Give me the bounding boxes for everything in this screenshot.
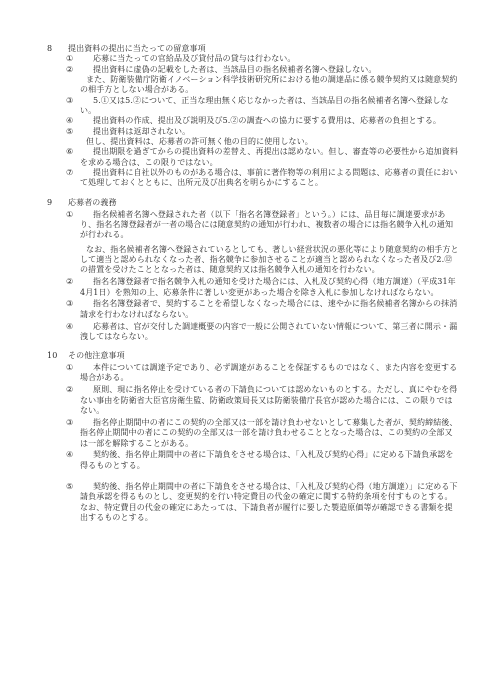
item-marker: ② <box>66 65 73 75</box>
item-marker: ⑤ <box>66 127 73 137</box>
list-item: ①応募に当たっての官給品及び貸付品の貸与は行わない。 <box>66 54 459 64</box>
item-paragraph: 但し、提出資料は、応募者の許可無く他の目的に使用しない。 <box>80 137 459 147</box>
item-paragraph: 契約後、指名停止期間中の者に下請負をさせる場合は、「入札及び契約心得」に定める下… <box>80 450 459 471</box>
item-paragraph: 提出期限を過ぎてからの提出資料の差替え、再提出は認めない。但し、審査等の必要性か… <box>80 147 459 168</box>
item-marker: ④ <box>66 116 73 126</box>
section-items: ①指名候補者名簿へ登録された者（以下「指名名簿登録者」という。）には、品目毎に調… <box>66 210 459 343</box>
item-paragraph: 応募者は、官が交付した調達概要の内容で一般に公開されていない情報について、第三者… <box>80 322 459 343</box>
section-title: 提出資料の提出に当たっての留意事項 <box>68 44 459 54</box>
list-item: ③指名停止期間中の者にこの契約の全部又は一部を請け負わせないとして募集した者が、… <box>66 418 459 449</box>
section-10: 10その他注意事項①本件については調達予定であり、必ず調達があることを保証するも… <box>47 351 459 523</box>
section-heading: 8提出資料の提出に当たっての留意事項 <box>47 44 459 54</box>
list-item: ⑤提出資料は返却されない。但し、提出資料は、応募者の許可無く他の目的に使用しない… <box>66 127 459 148</box>
list-item: ⑥提出期限を過ぎてからの提出資料の差替え、再提出は認めない。但し、審査等の必要性… <box>66 147 459 168</box>
item-marker: ③ <box>66 418 73 428</box>
item-marker: ⑥ <box>66 147 73 157</box>
list-item: ③指名名簿登録者で、契約することを希望しなくなった場合には、速やかに指名候補者名… <box>66 299 459 320</box>
item-marker: ① <box>66 363 73 373</box>
list-item: ②原則、現に指名停止を受けている者の下請負については認めないものとする。ただし、… <box>66 385 459 416</box>
item-paragraph: 5.①又は5.②について、正当な理由無く応じなかった者は、当該品目の指名候補者名… <box>80 96 459 117</box>
section-heading: 9応募者の義務 <box>47 198 459 208</box>
section-items: ①応募に当たっての官給品及び貸付品の貸与は行わない。②提出資料に虚偽の記載をした… <box>66 54 459 188</box>
list-item: ④提出資料の作成、提出及び説明及び5.②の調査への協力に要する費用は、応募者の負… <box>66 116 459 126</box>
item-marker: ② <box>66 385 73 395</box>
section-title: 応募者の義務 <box>68 198 459 208</box>
item-marker: ② <box>66 277 73 287</box>
item-paragraph: 提出資料に自社以外のものがある場合は、事前に著作物等の利用による問題は、応募者の… <box>80 168 459 189</box>
item-paragraph: 指名名簿登録者で、契約することを希望しなくなった場合には、速やかに指名候補者名簿… <box>80 299 459 320</box>
item-marker: ⑤ <box>66 482 73 492</box>
item-paragraph: 指名停止期間中の者にこの契約の全部又は一部を請け負わせないとして募集した者が、契… <box>80 418 459 449</box>
document-content: 8提出資料の提出に当たっての留意事項①応募に当たっての官給品及び貸付品の貸与は行… <box>47 44 459 532</box>
section-items: ①本件については調達予定であり、必ず調達があることを保証するものではなく、また内… <box>66 363 459 523</box>
item-marker: ① <box>66 54 73 64</box>
item-paragraph: 提出資料の作成、提出及び説明及び5.②の調査への協力に要する費用は、応募者の負担… <box>80 116 459 126</box>
list-item: ③5.①又は5.②について、正当な理由無く応じなかった者は、当該品目の指名候補者… <box>66 96 459 117</box>
section-heading: 10その他注意事項 <box>47 351 459 361</box>
item-paragraph: 契約後、指名停止期間中の者に下請負をさせる場合は、「入札及び契約心得（地方調達）… <box>80 482 459 523</box>
list-item: ②提出資料に虚偽の記載をした者は、当該品目の指名候補者名簿へ登録しない。また、防… <box>66 65 459 96</box>
item-marker: ③ <box>66 299 73 309</box>
item-marker: ③ <box>66 96 73 106</box>
item-paragraph: 提出資料に虚偽の記載をした者は、当該品目の指名候補者名簿へ登録しない。 <box>80 65 459 75</box>
item-paragraph: なお、指名候補者名簿へ登録されているとしても、著しい経営状況の悪化等により随意契… <box>80 245 459 276</box>
document-page: 8提出資料の提出に当たっての留意事項①応募に当たっての官給品及び貸付品の貸与は行… <box>0 0 490 692</box>
item-paragraph: 指名候補者名簿へ登録された者（以下「指名名簿登録者」という。）には、品目毎に調達… <box>80 210 459 241</box>
item-marker: ④ <box>66 450 73 460</box>
list-item: ②指名名簿登録者で指名競争入札の通知を受けた場合には、入札及び契約心得（地方調達… <box>66 277 459 298</box>
item-paragraph: 応募に当たっての官給品及び貸付品の貸与は行わない。 <box>80 54 459 64</box>
item-paragraph: 指名名簿登録者で指名競争入札の通知を受けた場合には、入札及び契約心得（地方調達）… <box>80 277 459 298</box>
list-item: ⑦提出資料に自社以外のものがある場合は、事前に著作物等の利用による問題は、応募者… <box>66 168 459 189</box>
item-paragraph: 本件については調達予定であり、必ず調達があることを保証するものではなく、また内容… <box>80 363 459 384</box>
section-number: 8 <box>47 44 68 54</box>
item-paragraph: また、防衛装備庁防衛イノベーション科学技術研究所における他の調達品に係る競争契約… <box>80 75 459 96</box>
section-8: 8提出資料の提出に当たっての留意事項①応募に当たっての官給品及び貸付品の貸与は行… <box>47 44 459 189</box>
section-number: 10 <box>47 351 68 361</box>
section-number: 9 <box>47 198 68 208</box>
item-marker: ⑦ <box>66 168 73 178</box>
item-paragraph: 原則、現に指名停止を受けている者の下請負については認めないものとする。ただし、真… <box>80 385 459 416</box>
list-item: ⑤契約後、指名停止期間中の者に下請負をさせる場合は、「入札及び契約心得（地方調達… <box>66 482 459 523</box>
section-9: 9応募者の義務①指名候補者名簿へ登録された者（以下「指名名簿登録者」という。）に… <box>47 198 459 342</box>
item-marker: ① <box>66 210 73 220</box>
list-item: ④応募者は、官が交付した調達概要の内容で一般に公開されていない情報について、第三… <box>66 322 459 343</box>
list-item: ①指名候補者名簿へ登録された者（以下「指名名簿登録者」という。）には、品目毎に調… <box>66 210 459 276</box>
section-title: その他注意事項 <box>68 351 459 361</box>
list-item: ④契約後、指名停止期間中の者に下請負をさせる場合は、「入札及び契約心得」に定める… <box>66 450 459 471</box>
list-item: ①本件については調達予定であり、必ず調達があることを保証するものではなく、また内… <box>66 363 459 384</box>
item-paragraph: 提出資料は返却されない。 <box>80 127 459 137</box>
item-marker: ④ <box>66 322 73 332</box>
